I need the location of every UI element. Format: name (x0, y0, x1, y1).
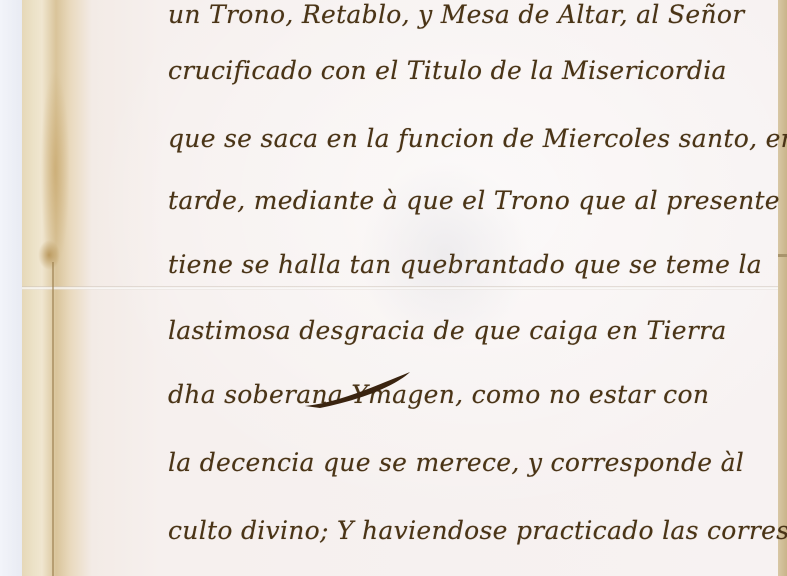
line-text: culto divino; Y haviendose practicado la… (168, 516, 787, 545)
manuscript-line-8: la decencia que se merece, y corresponde… (0, 448, 787, 488)
line-text: lastimosa desgracia de que caiga en Tier… (168, 316, 727, 345)
line-text: tarde, mediante à que el Trono que al pr… (168, 186, 780, 215)
manuscript-line-1: un Trono, Retablo, y Mesa de Altar, al S… (0, 0, 787, 40)
line-text: que se saca en la funcion de Miercoles s… (168, 124, 787, 153)
line-text: dha soberana Ymagen, como no estar con (168, 380, 709, 409)
line-text: crucificado con el Titulo de la Miserico… (168, 56, 727, 85)
manuscript-line-3: que se saca en la funcion de Miercoles s… (0, 124, 787, 164)
manuscript-line-9: culto divino; Y haviendose practicado la… (0, 516, 787, 556)
manuscript-line-2: crucificado con el Titulo de la Miserico… (0, 56, 787, 96)
ink-flourish (300, 368, 420, 413)
manuscript-line-4: tarde, mediante à que el Trono que al pr… (0, 186, 787, 226)
line-text: un Trono, Retablo, y Mesa de Altar, al S… (168, 0, 744, 29)
line-text: la decencia que se merece, y corresponde… (168, 448, 744, 477)
manuscript-line-6: lastimosa desgracia de que caiga en Tier… (0, 316, 787, 356)
manuscript-line-5: tiene se halla tan quebrantado que se te… (0, 250, 787, 290)
line-text: tiene se halla tan quebrantado que se te… (168, 250, 762, 279)
